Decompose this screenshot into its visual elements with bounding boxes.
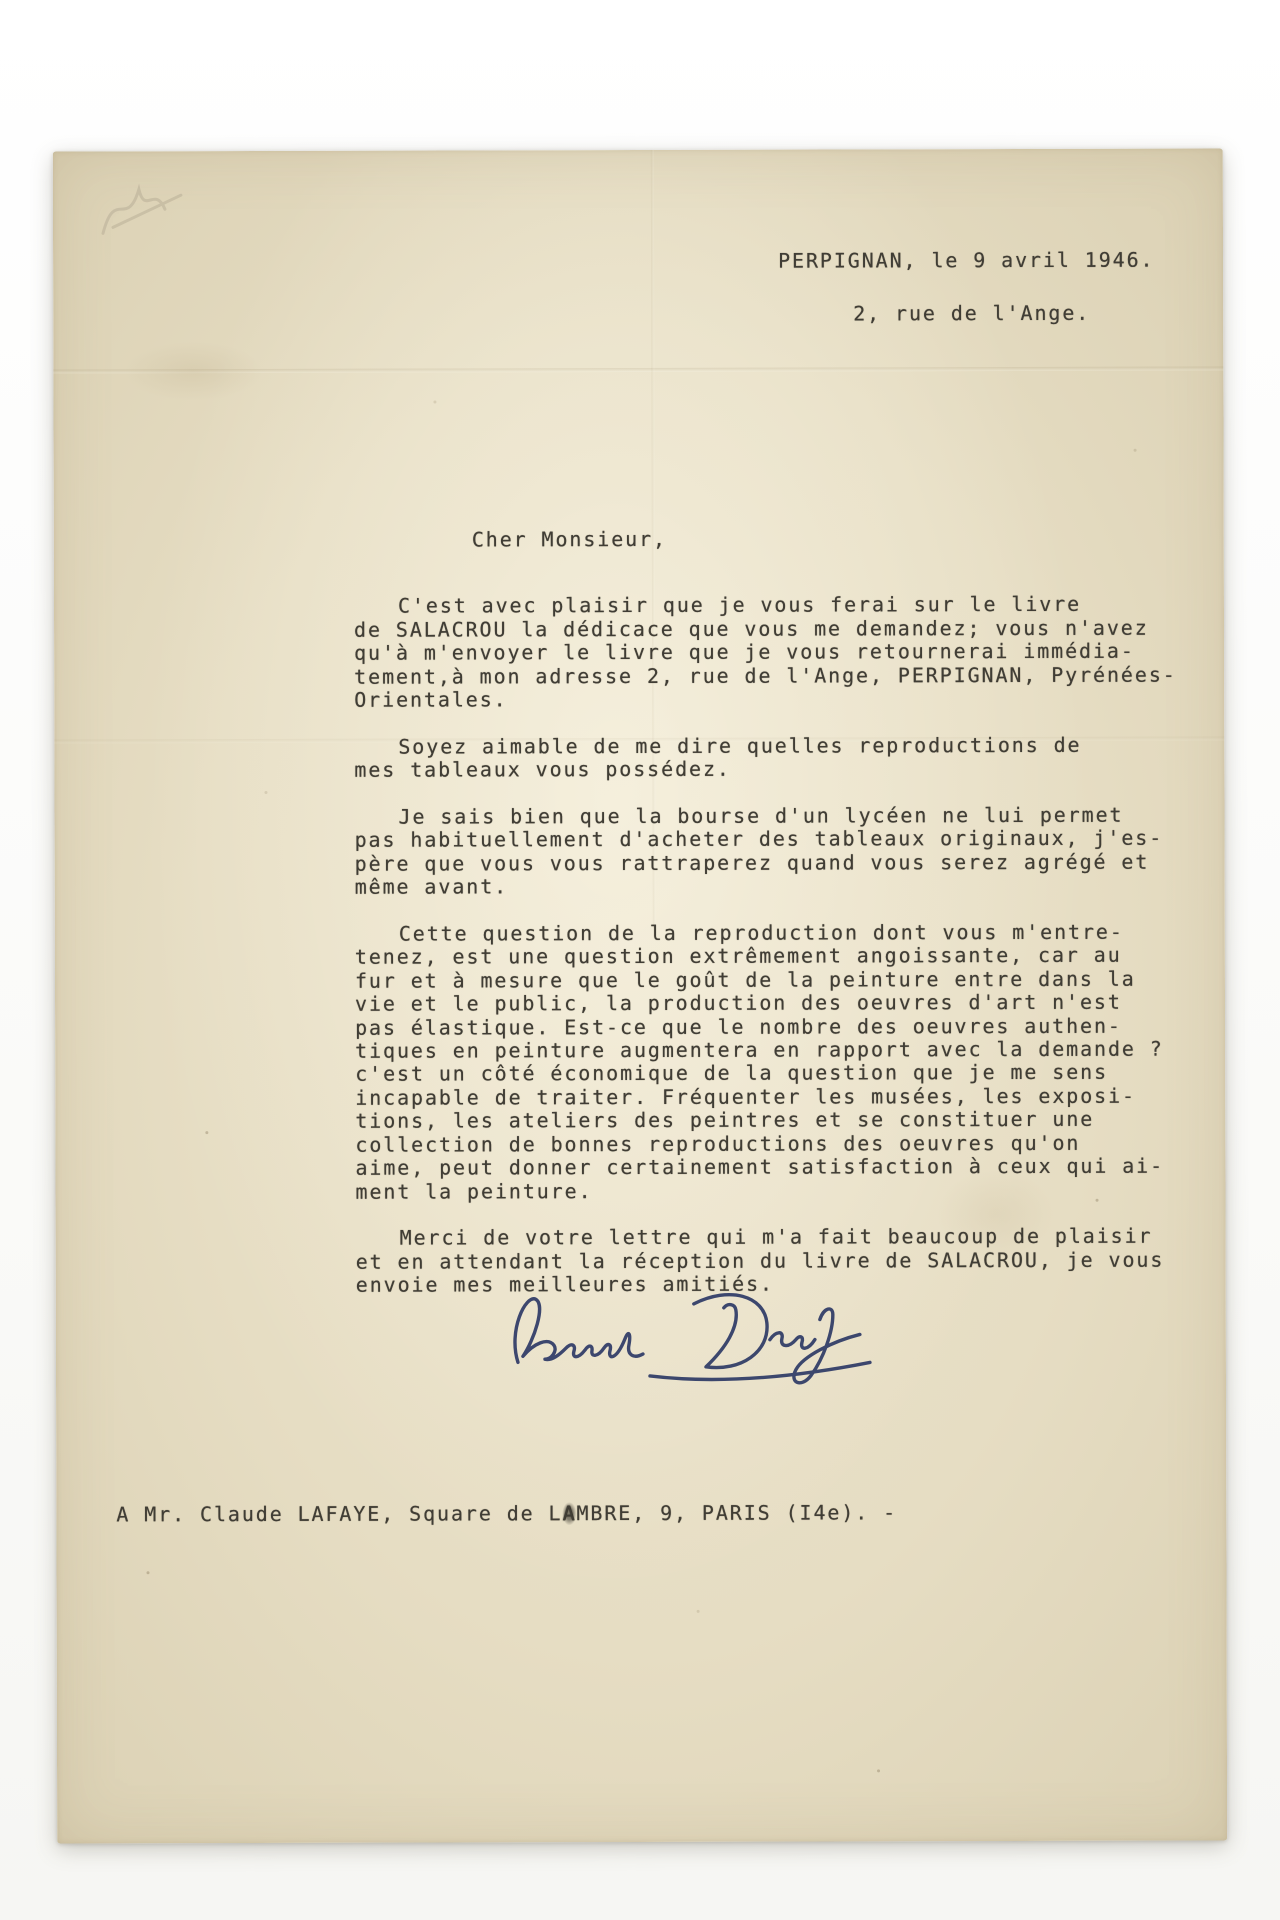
- recipient-line-suffix: MBRE, 9, PARIS (I4e). -: [576, 1500, 897, 1525]
- recipient-line: A Mr. Claude LAFAYE, Square de LAMBRE, 9…: [116, 1501, 897, 1526]
- typed-line: mes tableaux vous possédez.: [354, 757, 1194, 783]
- typed-line: même avant.: [355, 874, 1195, 900]
- dust-speck: [1134, 449, 1137, 452]
- pencil-notation: [85, 175, 225, 255]
- paragraph-3: Je sais bien que la bourse d'un lycéen n…: [355, 804, 1195, 900]
- signature-ink-strokes: [498, 1277, 898, 1398]
- typed-line: C'est avec plaisir que je vous ferai sur…: [354, 593, 1194, 619]
- photo-background: PERPIGNAN, le 9 avril 1946. 2, rue de l'…: [0, 0, 1280, 1920]
- dateline: PERPIGNAN, le 9 avril 1946.: [778, 249, 1154, 273]
- typed-line: Merci de votre lettre qui m'a fait beauc…: [356, 1225, 1196, 1251]
- typed-line: c'est un côté économique de la question …: [355, 1061, 1195, 1087]
- typed-line: tenez, est une question extrêmement ango…: [355, 944, 1195, 970]
- typed-line: vie et le public, la production des oeuv…: [355, 991, 1195, 1017]
- typed-line: Orientales.: [354, 687, 1194, 713]
- letter-paper: PERPIGNAN, le 9 avril 1946. 2, rue de l'…: [53, 148, 1227, 1843]
- typed-line: aime, peut donner certainement satisfact…: [355, 1155, 1195, 1181]
- letter-body: Cher Monsieur, C'est avec plaisir que je…: [354, 527, 1196, 1321]
- typed-line: tement,à mon adresse 2, rue de l'Ange, P…: [354, 663, 1194, 689]
- dust-speck: [697, 1610, 700, 1613]
- sender-address: 2, rue de l'Ange.: [853, 302, 1090, 326]
- fold-crease-horizontal-top: [53, 366, 1223, 373]
- dust-speck: [205, 1131, 208, 1134]
- paragraph-4: Cette question de la reproduction dont v…: [355, 921, 1196, 1204]
- signature-raoul-dufy: [498, 1277, 898, 1398]
- typed-line: pas habituellement d'acheter des tableau…: [355, 827, 1195, 853]
- typed-line: Soyez aimable de me dire quelles reprodu…: [354, 733, 1194, 759]
- dust-speck: [877, 1769, 880, 1772]
- salutation: Cher Monsieur,: [472, 527, 1194, 552]
- paper-stain: [123, 341, 263, 401]
- typed-line: ment la peinture.: [355, 1178, 1195, 1204]
- typed-line: qu'à m'envoyer le livre que je vous reto…: [354, 640, 1194, 666]
- dust-speck: [147, 1571, 150, 1574]
- paragraph-1: C'est avec plaisir que je vous ferai sur…: [354, 593, 1194, 712]
- typed-line: tions, les ateliers des peintres et se c…: [355, 1108, 1195, 1134]
- recipient-line-prefix: A Mr. Claude LAFAYE, Square de L: [116, 1501, 562, 1526]
- dust-speck: [433, 401, 436, 404]
- dust-speck: [264, 791, 267, 794]
- typed-line: père que vous vous rattraperez quand vou…: [355, 850, 1195, 876]
- typed-line: et en attendant la réception du livre de…: [356, 1248, 1196, 1274]
- overstruck-character: A: [562, 1502, 576, 1525]
- paragraph-2: Soyez aimable de me dire quelles reprodu…: [354, 733, 1194, 782]
